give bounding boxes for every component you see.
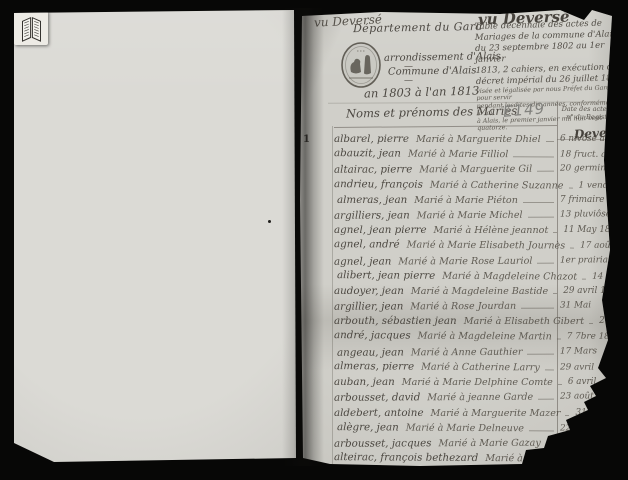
- groom-name: audoyer, jean: [334, 285, 404, 297]
- act-date: 29 avril: [560, 362, 624, 373]
- spouse-note: Marié à Marguerite Dhiel: [416, 134, 541, 145]
- spouse-note: Marié à Magdeleine Bastide: [411, 286, 548, 297]
- groom-name: abauzit, jean: [334, 147, 401, 159]
- row-leader-line: [523, 202, 554, 203]
- table-row: andrieu, françois Marié à Catherine Suza…: [334, 175, 624, 192]
- archive-reference: E149: [502, 99, 546, 121]
- table-row: andré, jacques Marié à Magdeleine Martin…: [334, 327, 624, 344]
- act-date: 23 août: [560, 392, 624, 403]
- table-row: argillier, jean Marié à Rose Jourdan 31 …: [334, 296, 624, 313]
- spouse-note: Marié à Magdeleine Martin: [418, 331, 552, 343]
- row-leader-line: [545, 369, 554, 370]
- table-row: agnel, jean pierre Marié à Hélène jeanno…: [334, 221, 624, 236]
- table-row: argilliers, jean Marié à Marie Michel 13…: [334, 205, 624, 222]
- spouse-note: Marié à Magdeleine Chazot: [442, 271, 577, 283]
- groom-name: almeras, jean: [337, 194, 407, 206]
- row-leader-line: [513, 157, 554, 158]
- spouse-note: Marié à Marie Filliol: [408, 149, 508, 161]
- table-title: Noms et prénoms des Mariés: [346, 104, 517, 121]
- row-leader-line: [521, 308, 554, 309]
- spouse-note: Marié à Hélène jeannot: [434, 225, 549, 236]
- date-column-header: Date des actes et n° du Registre: [557, 105, 623, 121]
- table-row: altairac, pierre Marié à Marguerite Gil …: [334, 160, 624, 177]
- spouse-note: Marié à Marie Gazay: [439, 438, 541, 450]
- right-page: vu Deversé vu Deversé Département du Gar…: [298, 8, 628, 468]
- act-date: [616, 464, 624, 465]
- table-margin-line: [332, 126, 333, 466]
- row-leader-line: [557, 339, 561, 340]
- table-row: arbouth, sébastien jean Marié à Elisabet…: [334, 312, 624, 327]
- row-leader-line: [582, 279, 586, 280]
- act-date: 17 Mars: [560, 346, 624, 357]
- spouse-note: Marié à Anne Gauthier: [411, 347, 523, 359]
- row-leader-line: [606, 461, 610, 462]
- row-leader-line: [565, 415, 569, 416]
- act-date: 6 nivôse an 11: [560, 134, 624, 145]
- act-date: 1 vend.re an 13: [578, 180, 624, 191]
- groom-name: aldebert, antoine: [334, 407, 424, 419]
- table-row: aldebert, antoine Marié à Marguerite Maz…: [334, 403, 624, 418]
- table-row: alègre, jean Marié à Marie Delneuve 22 M…: [334, 418, 624, 435]
- spouse-note: Marié à Marie Elisabeth Journès: [407, 240, 566, 252]
- spouse-note: Marié à Catherine Suzanne: [430, 179, 564, 191]
- spouse-note: Marié à Marie Delphine Comte: [402, 377, 553, 388]
- spouse-note: Marié à jeanne Garde: [427, 392, 533, 404]
- spouse-note: Marié à Marguerite Gil: [419, 164, 532, 176]
- row-leader-line: [568, 187, 572, 188]
- row-leader-line: [553, 232, 557, 233]
- spouse-note: Marié à Rose Jourdan: [410, 301, 516, 313]
- act-date: 31 Mai: [560, 300, 624, 311]
- spouse-note: Marié à Marie Piéton: [414, 195, 518, 206]
- groom-name: argilliers, jean: [334, 209, 410, 221]
- row-leader-line: [528, 353, 555, 354]
- groom-name: alibert, jean pierre: [337, 269, 435, 282]
- spouse-note: Marié à Elisabeth Gibert: [464, 316, 584, 327]
- groom-name: argillier, jean: [334, 301, 403, 313]
- act-date: 6 juillet: [560, 437, 624, 448]
- years-line: an 1803 à l'an 1813: [364, 83, 480, 100]
- act-date: 13 pluviôse: [560, 209, 624, 220]
- row-leader-line: [538, 399, 554, 400]
- archive-book-label: [14, 11, 48, 45]
- book-gutter: [282, 8, 324, 466]
- spouse-note: Marié à Marie Rose Lauriol: [398, 255, 532, 267]
- spouse-note: Marié à Marie Delneuve: [406, 422, 524, 434]
- row-leader-line: [570, 248, 574, 249]
- open-book-icon: [18, 15, 45, 42]
- row-leader-line: [537, 171, 554, 172]
- scanned-register-photo: vu Deversé vu Deversé Département du Gar…: [0, 0, 628, 480]
- table-row: arbousset, david Marié à jeanne Garde 23…: [334, 387, 624, 404]
- row-leader-line: [528, 217, 554, 218]
- prefecture-seal: [340, 41, 382, 89]
- groom-name: auban, jean: [334, 376, 395, 388]
- spouse-note: Marié à Marie Michel: [417, 210, 523, 222]
- act-date: 14 frimaire: [592, 272, 624, 283]
- row-leader-line: [589, 323, 593, 324]
- spouse-note: Marié à Marguerite Mazer: [431, 408, 561, 419]
- department-line: Département du Gard: [353, 20, 483, 35]
- spouse-note: Marié à Catherine belin: [485, 453, 601, 465]
- row-leader-line: [529, 430, 554, 431]
- table-row: agnel, jean Marié à Marie Rose Lauriol 1…: [334, 251, 624, 268]
- table-rows: albarel, pierre Marié à Marguerite Dhiel…: [334, 130, 624, 464]
- act-date: 27 juillet: [599, 316, 624, 327]
- row-leader-line: [553, 293, 557, 294]
- act-date: 7 frimaire: [560, 195, 624, 206]
- act-date: 31 décembre: [575, 408, 624, 419]
- groom-name: andré, jacques: [334, 330, 411, 342]
- spouse-note: Marié à Catherine Larry: [421, 362, 540, 374]
- row-leader-line: [558, 384, 562, 385]
- table-row: albarel, pierre Marié à Marguerite Dhiel…: [334, 130, 624, 145]
- groom-name: alteirac, françois bethezard: [334, 451, 478, 464]
- table-row: agnel, andré Marié à Marie Elisabeth Jou…: [334, 235, 624, 252]
- groom-name: almeras, pierre: [334, 360, 414, 372]
- groom-name: agnel, andré: [334, 239, 400, 251]
- table-row: audoyer, jean Marié à Magdeleine Bastide…: [334, 282, 624, 297]
- table-row: almeras, jean Marié à Marie Piéton 7 fri…: [334, 191, 624, 206]
- act-date: 20 germinal: [560, 164, 624, 175]
- groom-name: arbousset, david: [334, 392, 420, 404]
- row-leader-line: [546, 141, 554, 142]
- row-leader-line: [537, 262, 554, 263]
- table-row: auban, jean Marié à Marie Delphine Comte…: [334, 373, 624, 388]
- left-page: [12, 9, 296, 465]
- row-leader-line: [546, 445, 554, 446]
- groom-name: andrieu, françois: [334, 178, 423, 191]
- act-date: 11 May 1806: [563, 225, 624, 236]
- table-row: almeras, pierre Marié à Catherine Larry …: [334, 357, 624, 374]
- act-date: 1er prairial an 14: [560, 255, 624, 266]
- groom-name: alègre, jean: [337, 421, 399, 433]
- table-row: arbousset, jacques Marié à Marie Gazay 6…: [334, 433, 624, 450]
- table-row: angeau, jean Marié à Anne Gauthier 17 Ma…: [334, 342, 624, 359]
- table-row: alteirac, françois bethezard Marié à Cat…: [334, 448, 624, 465]
- commune-line: Commune d'Alais: [388, 65, 477, 78]
- table-row: alibert, jean pierre Marié à Magdeleine …: [334, 266, 624, 283]
- paper-speck: [268, 220, 271, 223]
- act-date: 22 Mai 1813: [560, 423, 624, 434]
